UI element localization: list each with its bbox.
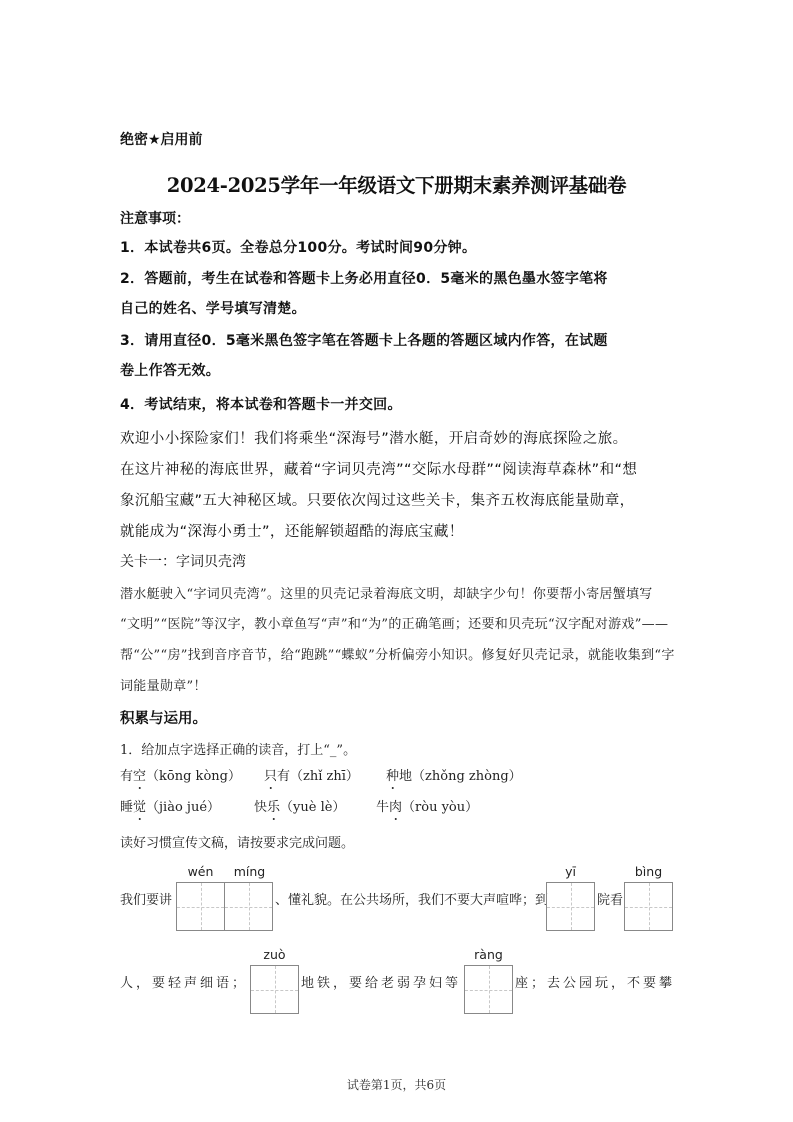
question-2-prompt: 读好习惯宣传文稿，请按要求完成问题。: [120, 832, 354, 851]
fill-text-segment: 我们要讲: [120, 889, 172, 908]
intro-line-1: 欢迎小小探险家们！我们将乘坐“深海号”潜水艇，开启奇妙的海底探险之旅。: [120, 427, 628, 448]
fill-text-segment: 院看: [597, 889, 623, 908]
dotted-char: 种: [386, 765, 399, 784]
pinyin-options: （zhǒng zhòng）: [412, 769, 522, 784]
box-pinyin: bìng: [624, 864, 673, 879]
notice-heading: 注意事项：: [120, 208, 190, 228]
pinyin-choice-item[interactable]: 有空（kōng kòng）: [120, 765, 241, 784]
pinyin-choice-item[interactable]: 牛肉（ròu yòu）: [376, 796, 478, 815]
confidential-label: 绝密★启用前: [120, 129, 203, 149]
writing-grid-box[interactable]: [176, 882, 225, 931]
writing-grid-box[interactable]: [624, 882, 673, 931]
writing-grid-box[interactable]: [250, 965, 299, 1014]
story-line-4: 词能量勋章”！: [120, 675, 207, 694]
writing-grid-box[interactable]: [224, 882, 273, 931]
box-pinyin: ràng: [464, 947, 513, 962]
pinyin-options: （jiào jué）: [146, 800, 220, 815]
pinyin-choice-item[interactable]: 只有（zhǐ zhī）: [264, 765, 359, 784]
dotted-char: 肉: [389, 796, 402, 815]
pinyin-choice-item[interactable]: 睡觉（jiào jué）: [120, 796, 220, 815]
section-heading: 积累与运用。: [120, 707, 207, 728]
pinyin-options: （ròu yòu）: [402, 800, 478, 815]
box-pinyin: wén: [176, 864, 225, 879]
notice-line-3: 3．请用直径0．5毫米黑色签字笔在答题卡上各题的答题区域内作答，在试题: [120, 330, 608, 350]
dotted-char: 空: [133, 765, 146, 784]
dotted-char: 觉: [133, 796, 146, 815]
dotted-char: 只: [264, 765, 277, 784]
notice-line-3-cont: 卷上作答无效。: [120, 360, 220, 380]
box-pinyin: míng: [225, 864, 274, 879]
page-footer: 试卷第1页，共6页: [0, 1076, 793, 1093]
fill-text-segment: 、懂礼貌。在公共场所，我们不要大声喧哗；到: [275, 889, 548, 908]
notice-line-4: 4．考试结束，将本试卷和答题卡一并交回。: [120, 394, 402, 414]
level-one-heading: 关卡一：字词贝壳湾: [120, 551, 246, 571]
pinyin-options: （kōng kòng）: [146, 769, 241, 784]
box-pinyin: yī: [546, 864, 595, 879]
intro-line-2: 在这片神秘的海底世界，藏着“字词贝壳湾”“交际水母群”“阅读海草森林”和“想: [120, 458, 637, 479]
question-1-prompt: 1．给加点字选择正确的读音，打上“_”。: [120, 739, 356, 758]
pinyin-choice-item[interactable]: 种地（zhǒng zhòng）: [386, 765, 522, 784]
intro-line-4: 就能成为“深海小勇士”，还能解锁超酷的海底宝藏！: [120, 520, 464, 541]
story-line-3: 帮“公”“房”找到音序音节，给“跑跳”“蝶蚁”分析偏旁小知识。修复好贝壳记录，就…: [120, 644, 675, 663]
box-pinyin: zuò: [250, 947, 299, 962]
pinyin-options: （zhǐ zhī）: [290, 769, 359, 784]
intro-line-3: 象沉船宝藏”五大神秘区域。只要依次闯过这些关卡，集齐五枚海底能量勋章，: [120, 489, 635, 510]
writing-grid-box[interactable]: [546, 882, 595, 931]
notice-line-1: 1．本试卷共6页。全卷总分100分。考试时间90分钟。: [120, 237, 476, 257]
pinyin-options: （yuè lè）: [280, 800, 345, 815]
pinyin-choice-item[interactable]: 快乐（yuè lè）: [254, 796, 345, 815]
dotted-char: 乐: [267, 796, 280, 815]
exam-title: 2024-2025学年一年级语文下册期末素养测评基础卷: [0, 170, 793, 198]
story-line-2: “文明”“医院”等汉字，教小章鱼写“声”和“为”的正确笔画；还要和贝壳玩“汉字配…: [120, 613, 668, 632]
fill-text-segment: 地铁，要给老弱孕妇等: [301, 972, 461, 991]
fill-text-segment: 座；去公园玩，不要攀: [515, 972, 675, 991]
writing-grid-box[interactable]: [464, 965, 513, 1014]
story-line-1: 潜水艇驶入“字词贝壳湾”。这里的贝壳记录着海底文明，却缺字少句！你要帮小寄居蟹填…: [120, 583, 653, 602]
notice-line-2-cont: 自己的姓名、学号填写清楚。: [120, 298, 306, 318]
fill-text-segment: 人，要轻声细语；: [120, 972, 248, 991]
notice-line-2: 2．答题前，考生在试卷和答题卡上务必用直径0．5毫米的黑色墨水签字笔将: [120, 268, 608, 288]
